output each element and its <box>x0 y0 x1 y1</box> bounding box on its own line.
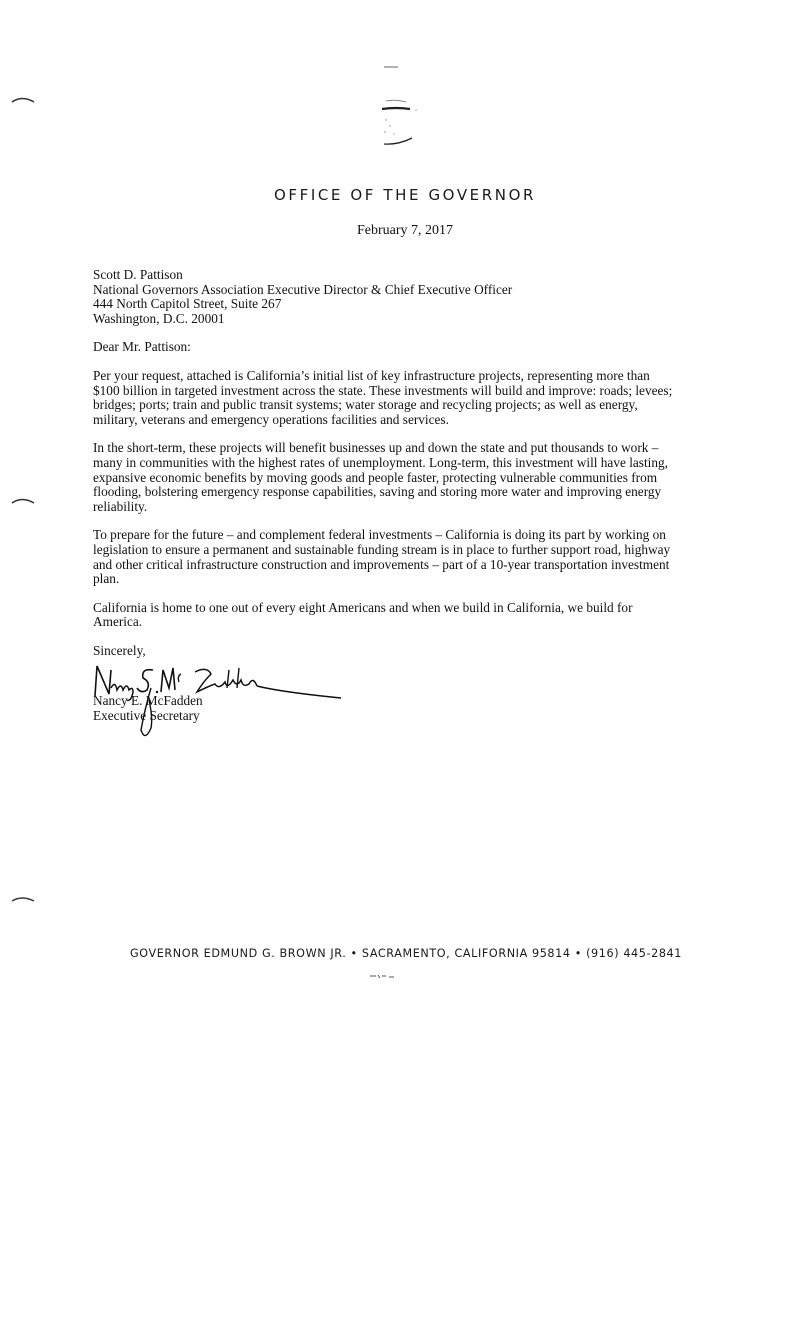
recipient-street: 444 North Capitol Street, Suite 267 <box>93 297 673 312</box>
scan-artifact-mark <box>368 972 398 980</box>
signer-name: Nancy E. McFadden <box>93 694 203 709</box>
signer-title: Executive Secretary <box>93 709 203 724</box>
punch-hole-mark <box>10 94 38 104</box>
paragraph: California is home to one out of every e… <box>93 601 673 630</box>
recipient-city: Washington, D.C. 20001 <box>93 312 673 327</box>
punch-hole-mark <box>10 893 38 903</box>
recipient-title: National Governors Association Executive… <box>93 283 673 298</box>
salutation: Dear Mr. Pattison: <box>93 340 673 355</box>
closing: Sincerely, <box>93 644 673 659</box>
paragraph: In the short-term, these projects will b… <box>93 441 673 514</box>
paragraph: To prepare for the future – and compleme… <box>93 528 673 586</box>
recipient-address: Scott D. Pattison National Governors Ass… <box>93 268 673 326</box>
letter-body: Scott D. Pattison National Governors Ass… <box>93 268 673 712</box>
punch-hole-mark <box>10 495 38 505</box>
state-seal-icon <box>370 58 440 168</box>
signature-block: Nancy E. McFadden Executive Secretary <box>93 660 673 712</box>
letter-date: February 7, 2017 <box>0 223 800 239</box>
paragraph: Per your request, attached is California… <box>93 369 673 427</box>
office-title: OFFICE OF THE GOVERNOR <box>0 186 800 204</box>
recipient-name: Scott D. Pattison <box>93 268 673 283</box>
signer: Nancy E. McFadden Executive Secretary <box>93 694 203 723</box>
letterhead-footer: GOVERNOR EDMUND G. BROWN JR. • SACRAMENT… <box>0 947 800 960</box>
